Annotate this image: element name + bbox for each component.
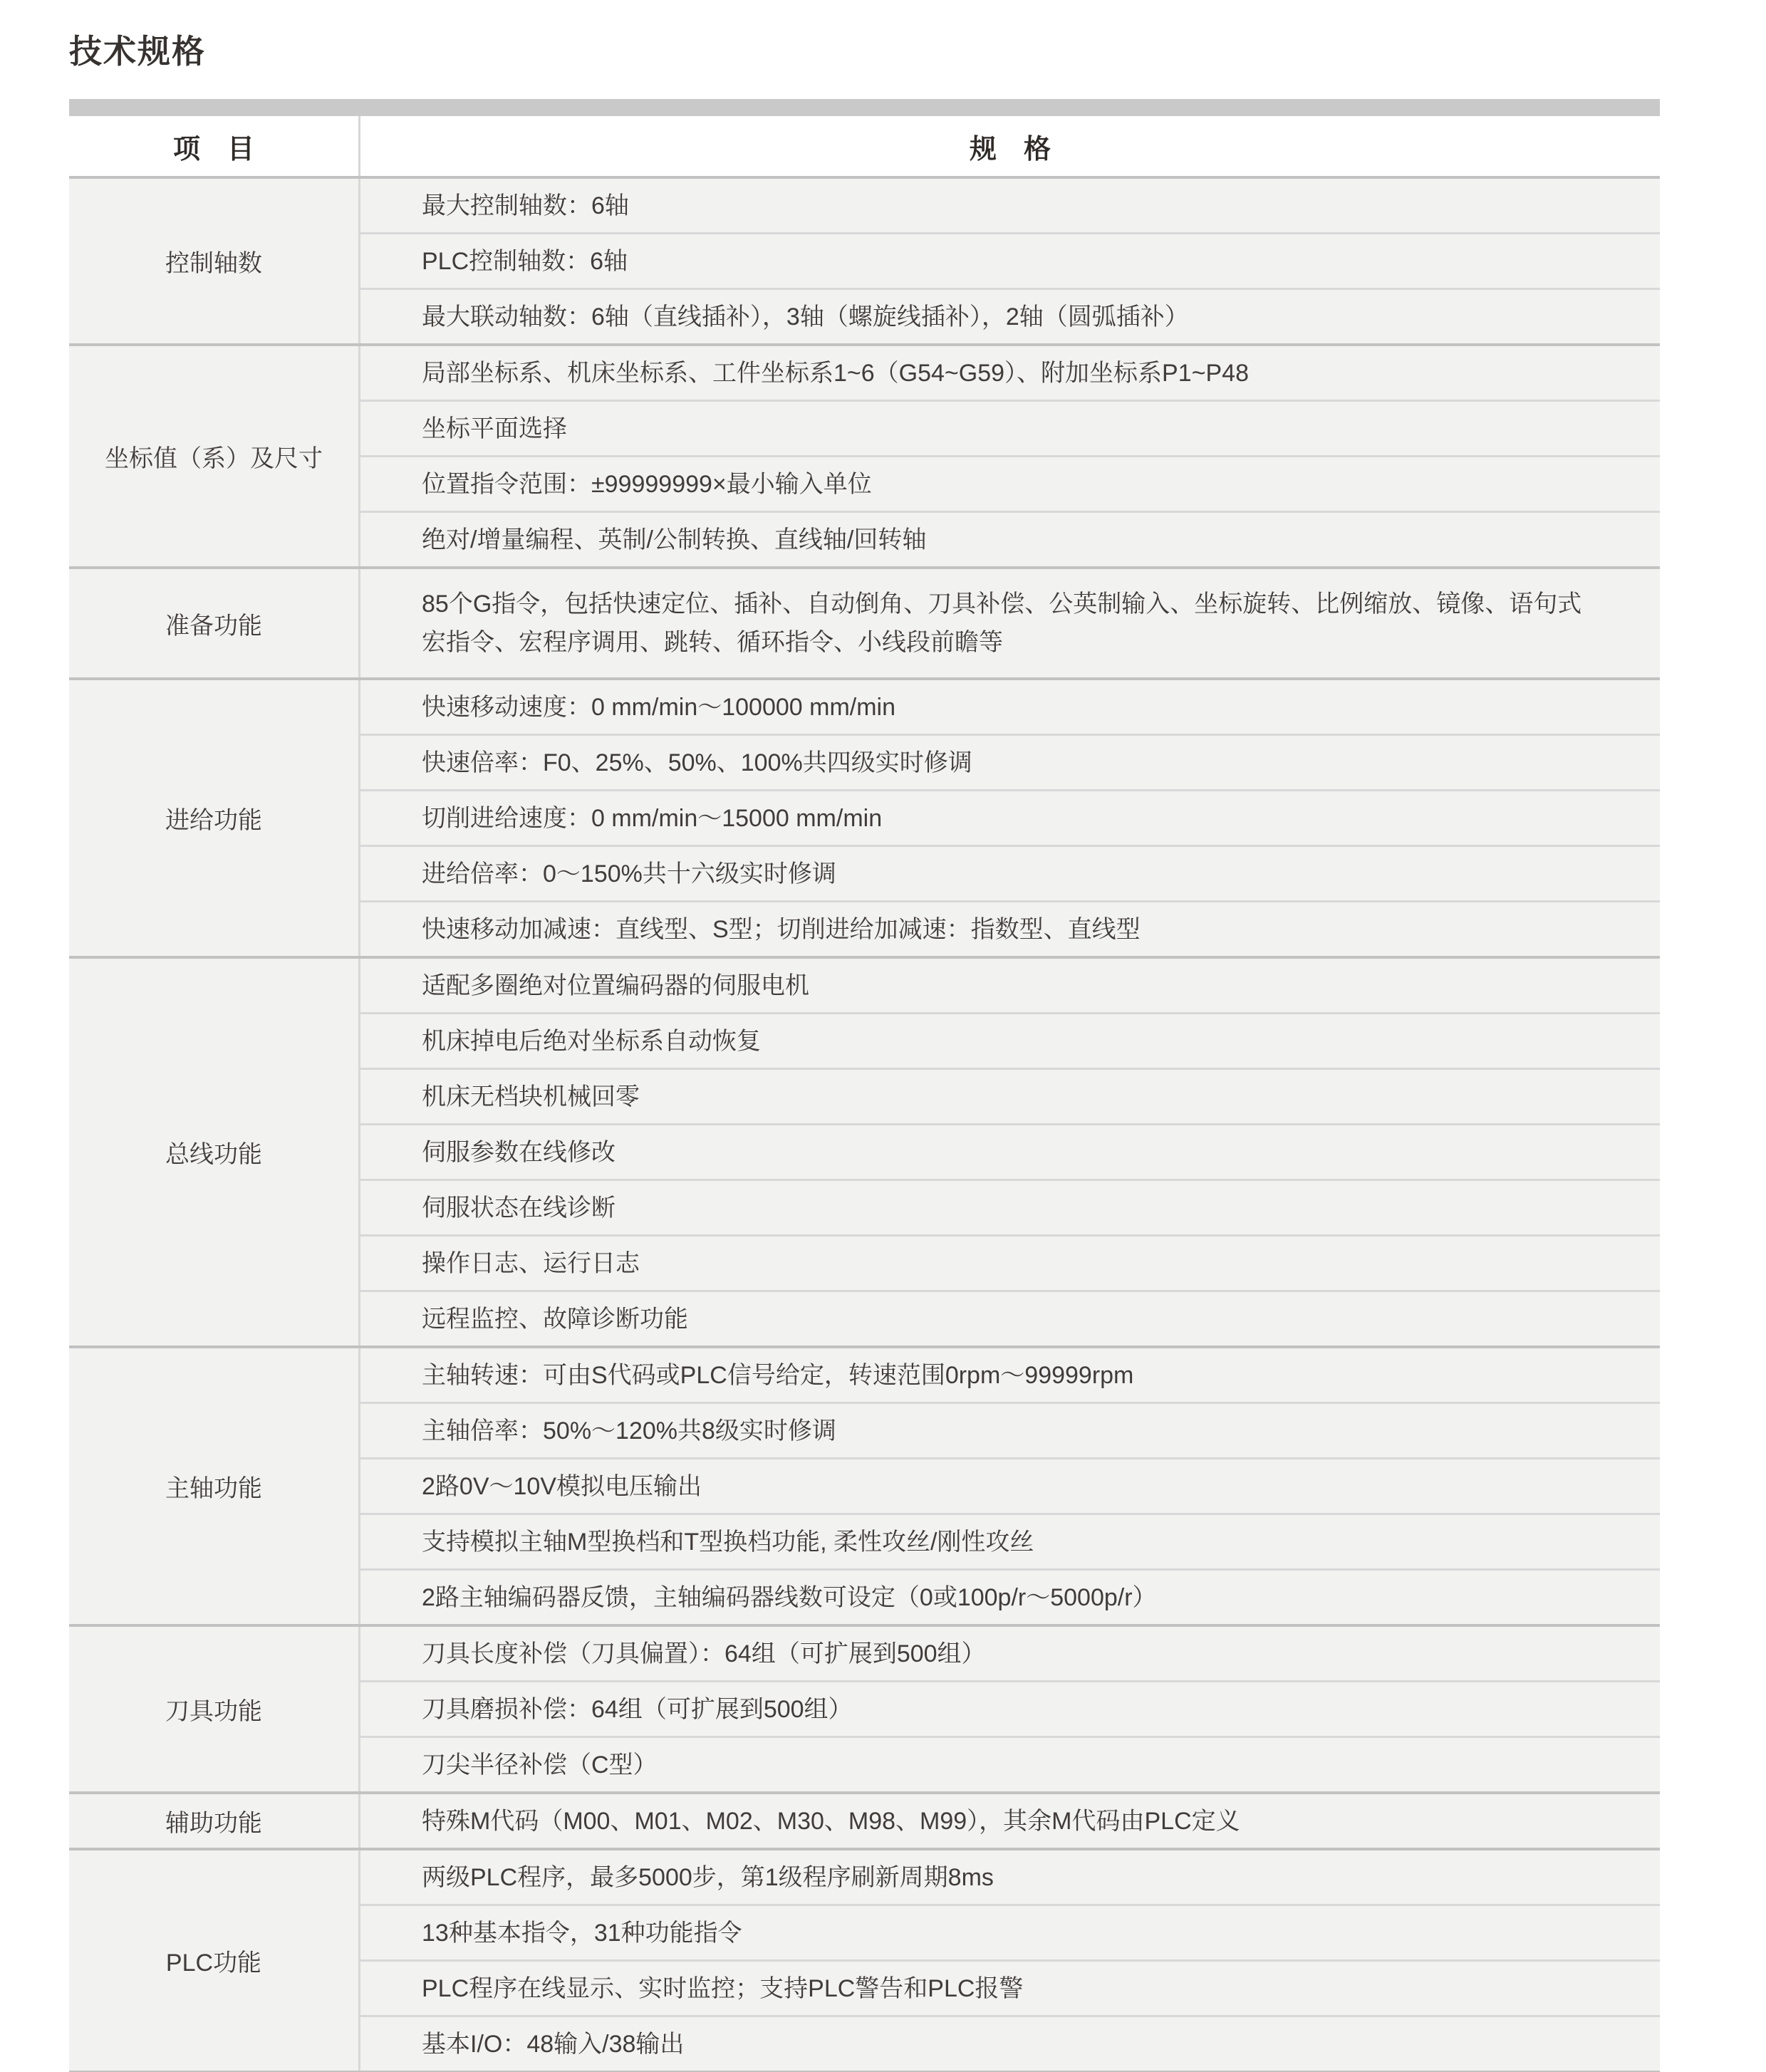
spec-row: 切削进给速度：0 mm/min～15000 mm/min — [360, 789, 1660, 845]
group-label: 进给功能 — [69, 680, 360, 956]
spec-row: 伺服参数在线修改 — [360, 1123, 1660, 1179]
spec-page: 技术规格 项 目 规 格 控制轴数最大控制轴数：6轴PLC控制轴数：6轴最大联动… — [0, 0, 1766, 2072]
group-rows: 特殊M代码（M00、M01、M02、M30、M98、M99），其余M代码由PLC… — [360, 1794, 1660, 1848]
spec-row: 局部坐标系、机床坐标系、工件坐标系1~6（G54~G59）、附加坐标系P1~P4… — [360, 346, 1660, 400]
spec-row: 伺服状态在线诊断 — [360, 1179, 1660, 1234]
group-rows: 局部坐标系、机床坐标系、工件坐标系1~6（G54~G59）、附加坐标系P1~P4… — [360, 346, 1660, 566]
group-label: 总线功能 — [69, 959, 360, 1345]
spec-row: 机床掉电后绝对坐标系自动恢复 — [360, 1012, 1660, 1068]
spec-row: 特殊M代码（M00、M01、M02、M30、M98、M99），其余M代码由PLC… — [360, 1794, 1660, 1848]
spec-row: PLC程序在线显示、实时监控；支持PLC警告和PLC报警 — [360, 1959, 1660, 2015]
spec-table: 项 目 规 格 控制轴数最大控制轴数：6轴PLC控制轴数：6轴最大联动轴数：6轴… — [69, 99, 1660, 2072]
spec-row: 最大控制轴数：6轴 — [360, 179, 1660, 232]
group-label: 刀具功能 — [69, 1627, 360, 1791]
spec-row: 快速移动速度：0 mm/min～100000 mm/min — [360, 680, 1660, 734]
group-label: 准备功能 — [69, 569, 360, 677]
spec-row: 位置指令范围：±99999999×最小输入单位 — [360, 455, 1660, 511]
spec-row: 进给倍率：0～150%共十六级实时修调 — [360, 845, 1660, 900]
group-rows: 刀具长度补偿（刀具偏置）：64组（可扩展到500组）刀具磨损补偿：64组（可扩展… — [360, 1627, 1660, 1791]
spec-group: 刀具功能刀具长度补偿（刀具偏置）：64组（可扩展到500组）刀具磨损补偿：64组… — [69, 1627, 1660, 1794]
spec-row: 两级PLC程序，最多5000步，第1级程序刷新周期8ms — [360, 1850, 1660, 1904]
spec-group: 坐标值（系）及尺寸局部坐标系、机床坐标系、工件坐标系1~6（G54~G59）、附… — [69, 346, 1660, 569]
group-label: 主轴功能 — [69, 1348, 360, 1624]
spec-row: 快速倍率：F0、25%、50%、100%共四级实时修调 — [360, 734, 1660, 789]
spec-row: 操作日志、运行日志 — [360, 1234, 1660, 1290]
group-rows: 最大控制轴数：6轴PLC控制轴数：6轴最大联动轴数：6轴（直线插补），3轴（螺旋… — [360, 179, 1660, 343]
spec-row: 刀尖半径补偿（C型） — [360, 1736, 1660, 1791]
spec-group: 总线功能适配多圈绝对位置编码器的伺服电机机床掉电后绝对坐标系自动恢复机床无档块机… — [69, 959, 1660, 1348]
group-rows: 两级PLC程序，最多5000步，第1级程序刷新周期8ms13种基本指令，31种功… — [360, 1850, 1660, 2071]
spec-row: 适配多圈绝对位置编码器的伺服电机 — [360, 959, 1660, 1012]
spec-row: 支持模拟主轴M型换档和T型换档功能, 柔性攻丝/刚性攻丝 — [360, 1513, 1660, 1568]
group-label: 坐标值（系）及尺寸 — [69, 346, 360, 566]
column-header-spec: 规 格 — [360, 116, 1660, 176]
spec-row: 坐标平面选择 — [360, 400, 1660, 455]
spec-group: 控制轴数最大控制轴数：6轴PLC控制轴数：6轴最大联动轴数：6轴（直线插补），3… — [69, 179, 1660, 346]
spec-row: 远程监控、故障诊断功能 — [360, 1290, 1660, 1345]
group-rows: 适配多圈绝对位置编码器的伺服电机机床掉电后绝对坐标系自动恢复机床无档块机械回零伺… — [360, 959, 1660, 1345]
spec-row: 13种基本指令，31种功能指令 — [360, 1904, 1660, 1959]
spec-row: 主轴转速：可由S代码或PLC信号给定，转速范围0rpm～99999rpm — [360, 1348, 1660, 1402]
page-title: 技术规格 — [69, 30, 206, 73]
spec-row: 基本I/O：48输入/38输出 — [360, 2015, 1660, 2071]
spec-group: 主轴功能主轴转速：可由S代码或PLC信号给定，转速范围0rpm～99999rpm… — [69, 1348, 1660, 1627]
spec-group: 辅助功能特殊M代码（M00、M01、M02、M30、M98、M99），其余M代码… — [69, 1794, 1660, 1850]
spec-row: PLC控制轴数：6轴 — [360, 232, 1660, 288]
spec-row: 快速移动加减速：直线型、S型；切削进给加减速：指数型、直线型 — [360, 900, 1660, 956]
table-header-row: 项 目 规 格 — [69, 116, 1660, 179]
group-label: 控制轴数 — [69, 179, 360, 343]
spec-group: 准备功能85个G指令，包括快速定位、插补、自动倒角、刀具补偿、公英制输入、坐标旋… — [69, 569, 1660, 680]
group-label: PLC功能 — [69, 1850, 360, 2071]
spec-row: 机床无档块机械回零 — [360, 1068, 1660, 1123]
table-top-bar — [69, 99, 1660, 116]
spec-row: 绝对/增量编程、英制/公制转换、直线轴/回转轴 — [360, 511, 1660, 566]
group-rows: 85个G指令，包括快速定位、插补、自动倒角、刀具补偿、公英制输入、坐标旋转、比例… — [360, 569, 1660, 677]
spec-row: 刀具长度补偿（刀具偏置）：64组（可扩展到500组） — [360, 1627, 1660, 1680]
spec-row: 2路主轴编码器反馈，主轴编码器线数可设定（0或100p/r～5000p/r） — [360, 1568, 1660, 1624]
table-body: 控制轴数最大控制轴数：6轴PLC控制轴数：6轴最大联动轴数：6轴（直线插补），3… — [69, 179, 1660, 2072]
group-rows: 快速移动速度：0 mm/min～100000 mm/min快速倍率：F0、25%… — [360, 680, 1660, 956]
spec-row: 2路0V～10V模拟电压输出 — [360, 1457, 1660, 1513]
spec-row: 85个G指令，包括快速定位、插补、自动倒角、刀具补偿、公英制输入、坐标旋转、比例… — [360, 569, 1660, 677]
spec-row: 最大联动轴数：6轴（直线插补），3轴（螺旋线插补），2轴（圆弧插补） — [360, 288, 1660, 343]
column-header-item: 项 目 — [69, 116, 360, 176]
spec-group: PLC功能两级PLC程序，最多5000步，第1级程序刷新周期8ms13种基本指令… — [69, 1850, 1660, 2072]
group-label: 辅助功能 — [69, 1794, 360, 1848]
spec-row: 主轴倍率：50%～120%共8级实时修调 — [360, 1402, 1660, 1457]
group-rows: 主轴转速：可由S代码或PLC信号给定，转速范围0rpm～99999rpm主轴倍率… — [360, 1348, 1660, 1624]
spec-group: 进给功能快速移动速度：0 mm/min～100000 mm/min快速倍率：F0… — [69, 680, 1660, 959]
spec-row: 刀具磨损补偿：64组（可扩展到500组） — [360, 1680, 1660, 1736]
